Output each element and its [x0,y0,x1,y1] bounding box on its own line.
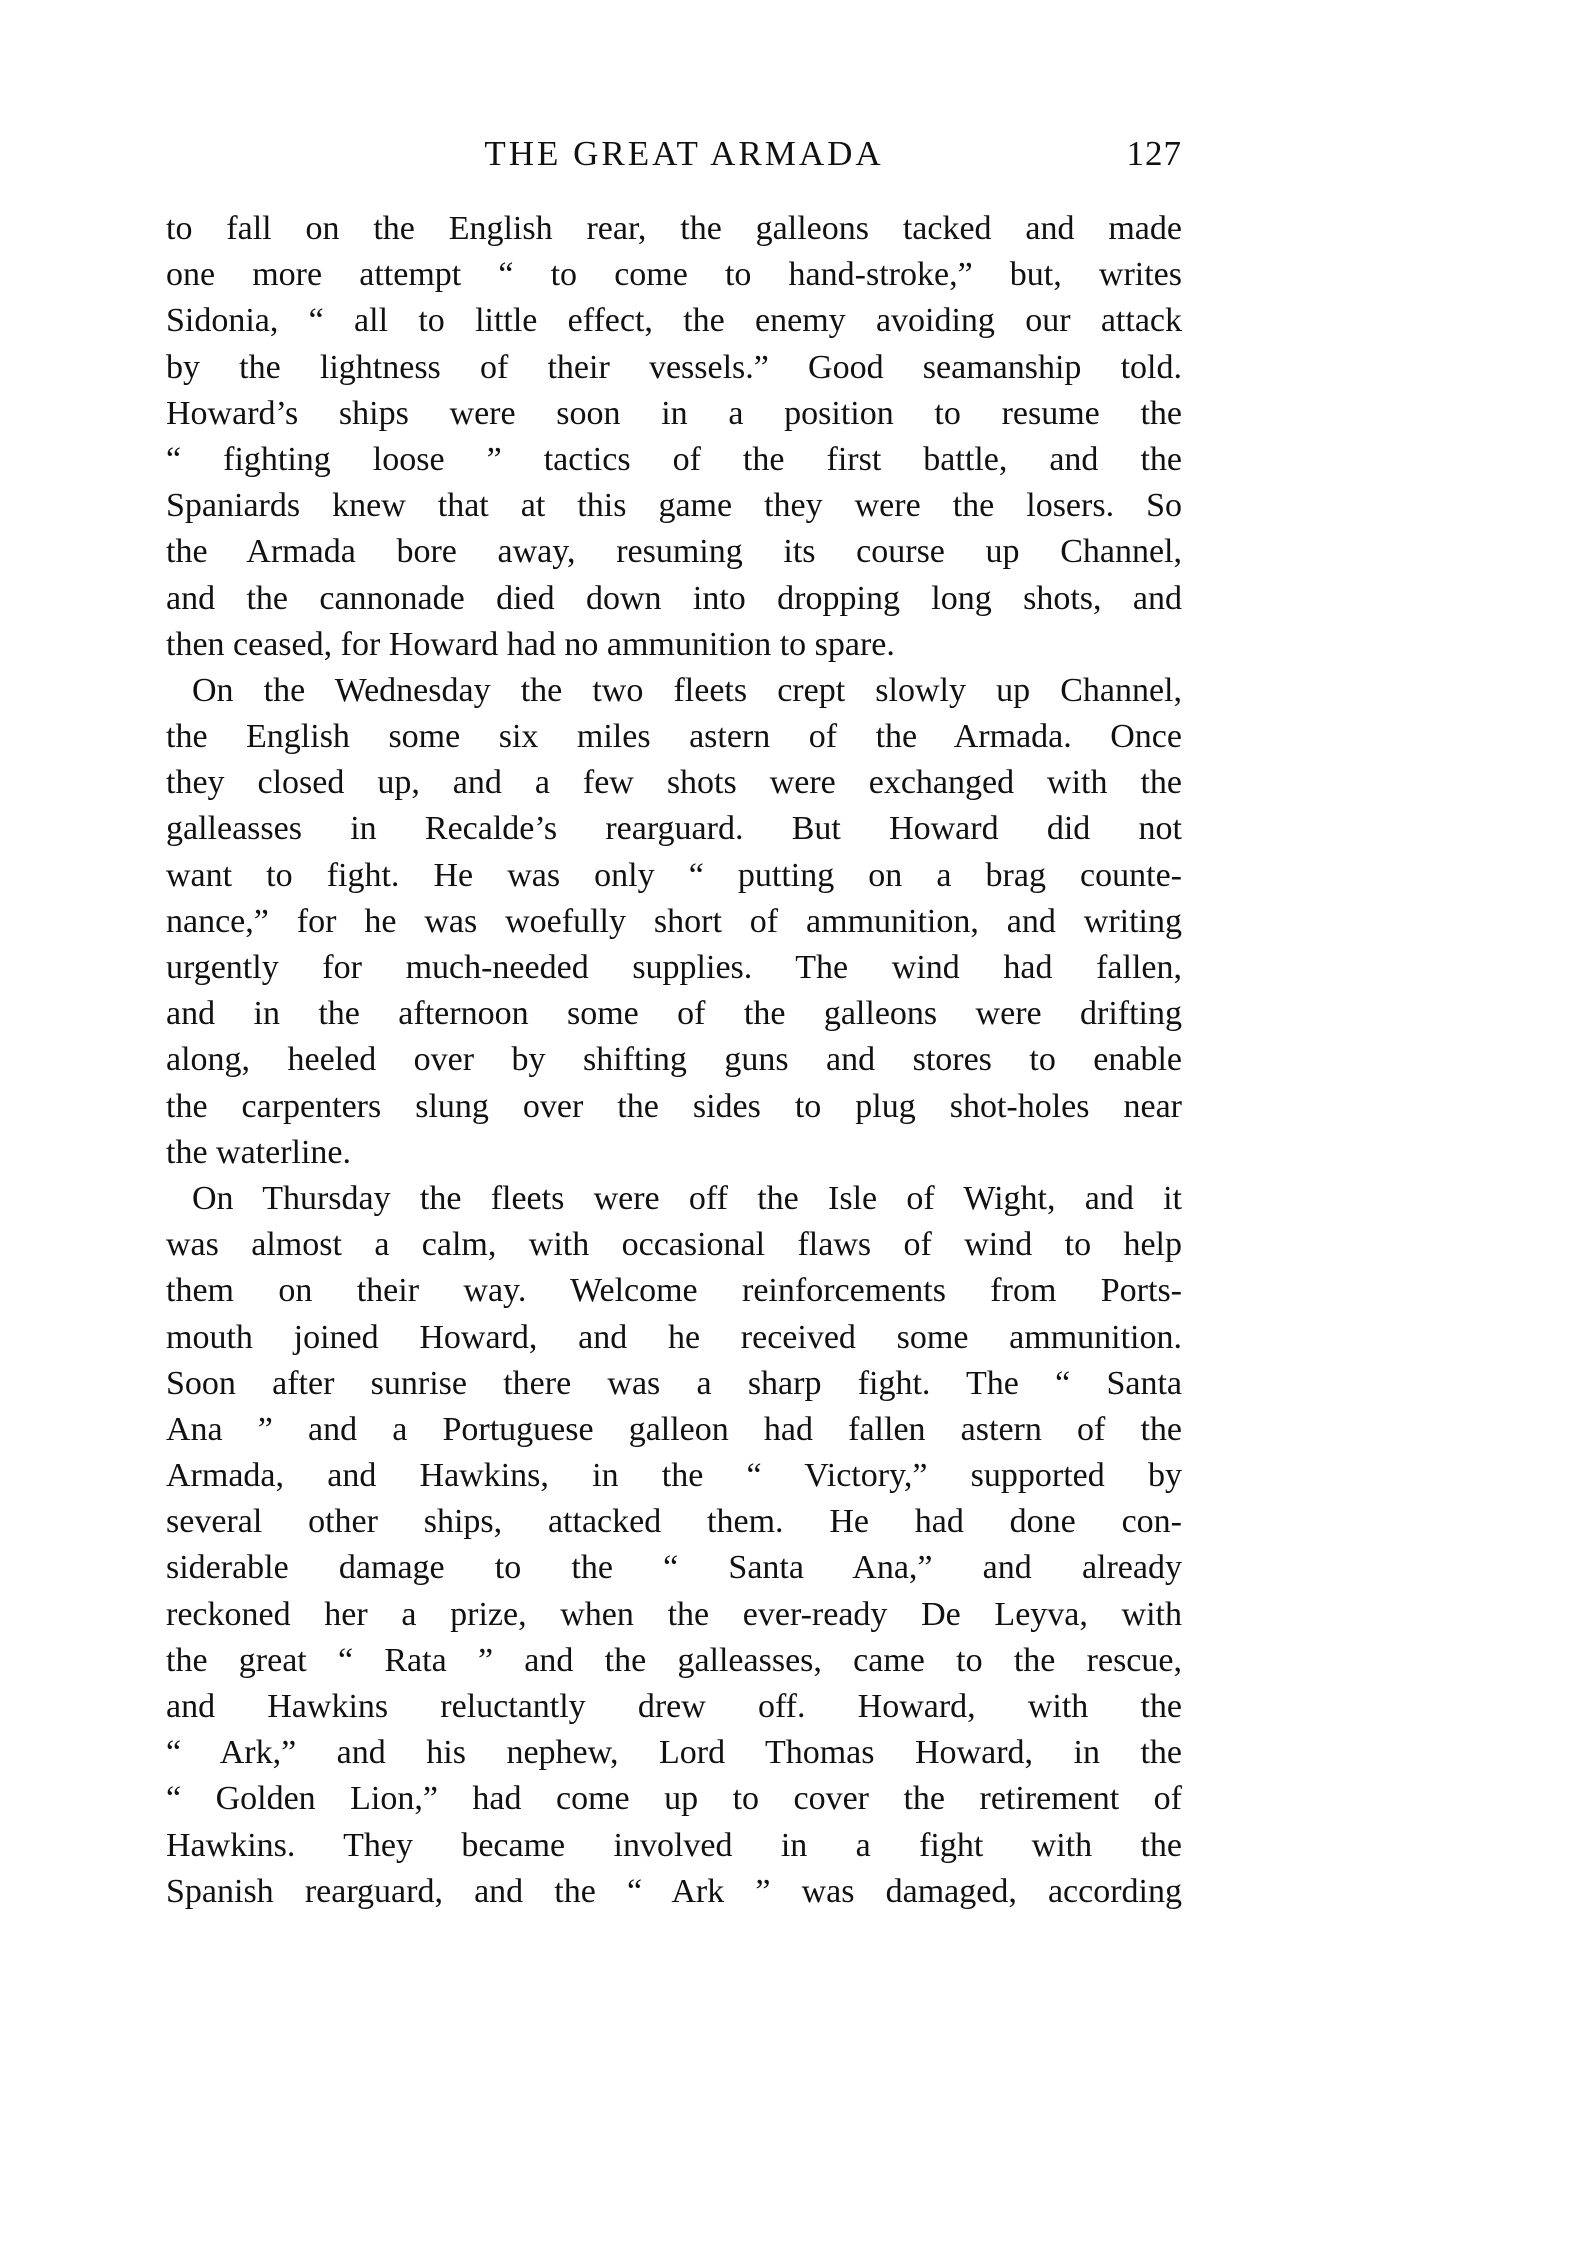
text-line: then ceased, for Howard had no ammunitio… [166,622,1182,668]
running-header: THE GREAT ARMADA 127 [166,130,1182,180]
paragraph: On Thursday the fleets were off the Isle… [166,1176,1182,1915]
paragraph: On the Wednesday the two fleets crept sl… [166,668,1182,1176]
text-line: Sidonia, “ all to little effect, the ene… [166,298,1182,344]
text-line: and Hawkins reluctantly drew off. Howard… [166,1684,1182,1730]
text-line: mouth joined Howard, and he received som… [166,1315,1182,1361]
text-line: want to fight. He was only “ putting on … [166,853,1182,899]
text-line: Ana ” and a Portuguese galleon had falle… [166,1407,1182,1453]
text-line: On the Wednesday the two fleets crept sl… [166,668,1182,714]
text-line: urgently for much-needed supplies. The w… [166,945,1182,991]
text-line: Spanish rearguard, and the “ Ark ” was d… [166,1869,1182,1915]
text-line: siderable damage to the “ Santa Ana,” an… [166,1545,1182,1591]
text-line: and in the afternoon some of the galleon… [166,991,1182,1037]
text-line: Howard’s ships were soon in a position t… [166,391,1182,437]
text-line: the great “ Rata ” and the galleasses, c… [166,1638,1182,1684]
text-line: Hawkins. They became involved in a fight… [166,1823,1182,1869]
text-line: Soon after sunrise there was a sharp fig… [166,1361,1182,1407]
text-line: they closed up, and a few shots were exc… [166,760,1182,806]
text-line: several other ships, attacked them. He h… [166,1499,1182,1545]
text-line: “ Golden Lion,” had come up to cover the… [166,1776,1182,1822]
text-line: On Thursday the fleets were off the Isle… [166,1176,1182,1222]
text-line: nance,” for he was woefully short of amm… [166,899,1182,945]
text-line: the Armada bore away, resuming its cours… [166,529,1182,575]
text-line: the English some six miles astern of the… [166,714,1182,760]
text-line: one more attempt “ to come to hand-strok… [166,252,1182,298]
text-line: “ fighting loose ” tactics of the first … [166,437,1182,483]
text-line: by the lightness of their vessels.” Good… [166,345,1182,391]
body-text: to fall on the English rear, the galleon… [166,206,1182,1915]
page-number: 127 [1127,134,1183,174]
text-line: Armada, and Hawkins, in the “ Victory,” … [166,1453,1182,1499]
text-line: Spaniards knew that at this game they we… [166,483,1182,529]
text-line: was almost a calm, with occasional flaws… [166,1222,1182,1268]
text-line: the carpenters slung over the sides to p… [166,1084,1182,1130]
paragraph: to fall on the English rear, the galleon… [166,206,1182,668]
text-line: them on their way. Welcome reinforcement… [166,1268,1182,1314]
text-line: “ Ark,” and his nephew, Lord Thomas Howa… [166,1730,1182,1776]
text-line: galleasses in Recalde’s rearguard. But H… [166,806,1182,852]
text-line: reckoned her a prize, when the ever-read… [166,1592,1182,1638]
running-title: THE GREAT ARMADA [166,134,1182,174]
text-line: the waterline. [166,1130,1182,1176]
text-line: along, heeled over by shifting guns and … [166,1037,1182,1083]
text-line: and the cannonade died down into droppin… [166,576,1182,622]
text-line: to fall on the English rear, the galleon… [166,206,1182,252]
